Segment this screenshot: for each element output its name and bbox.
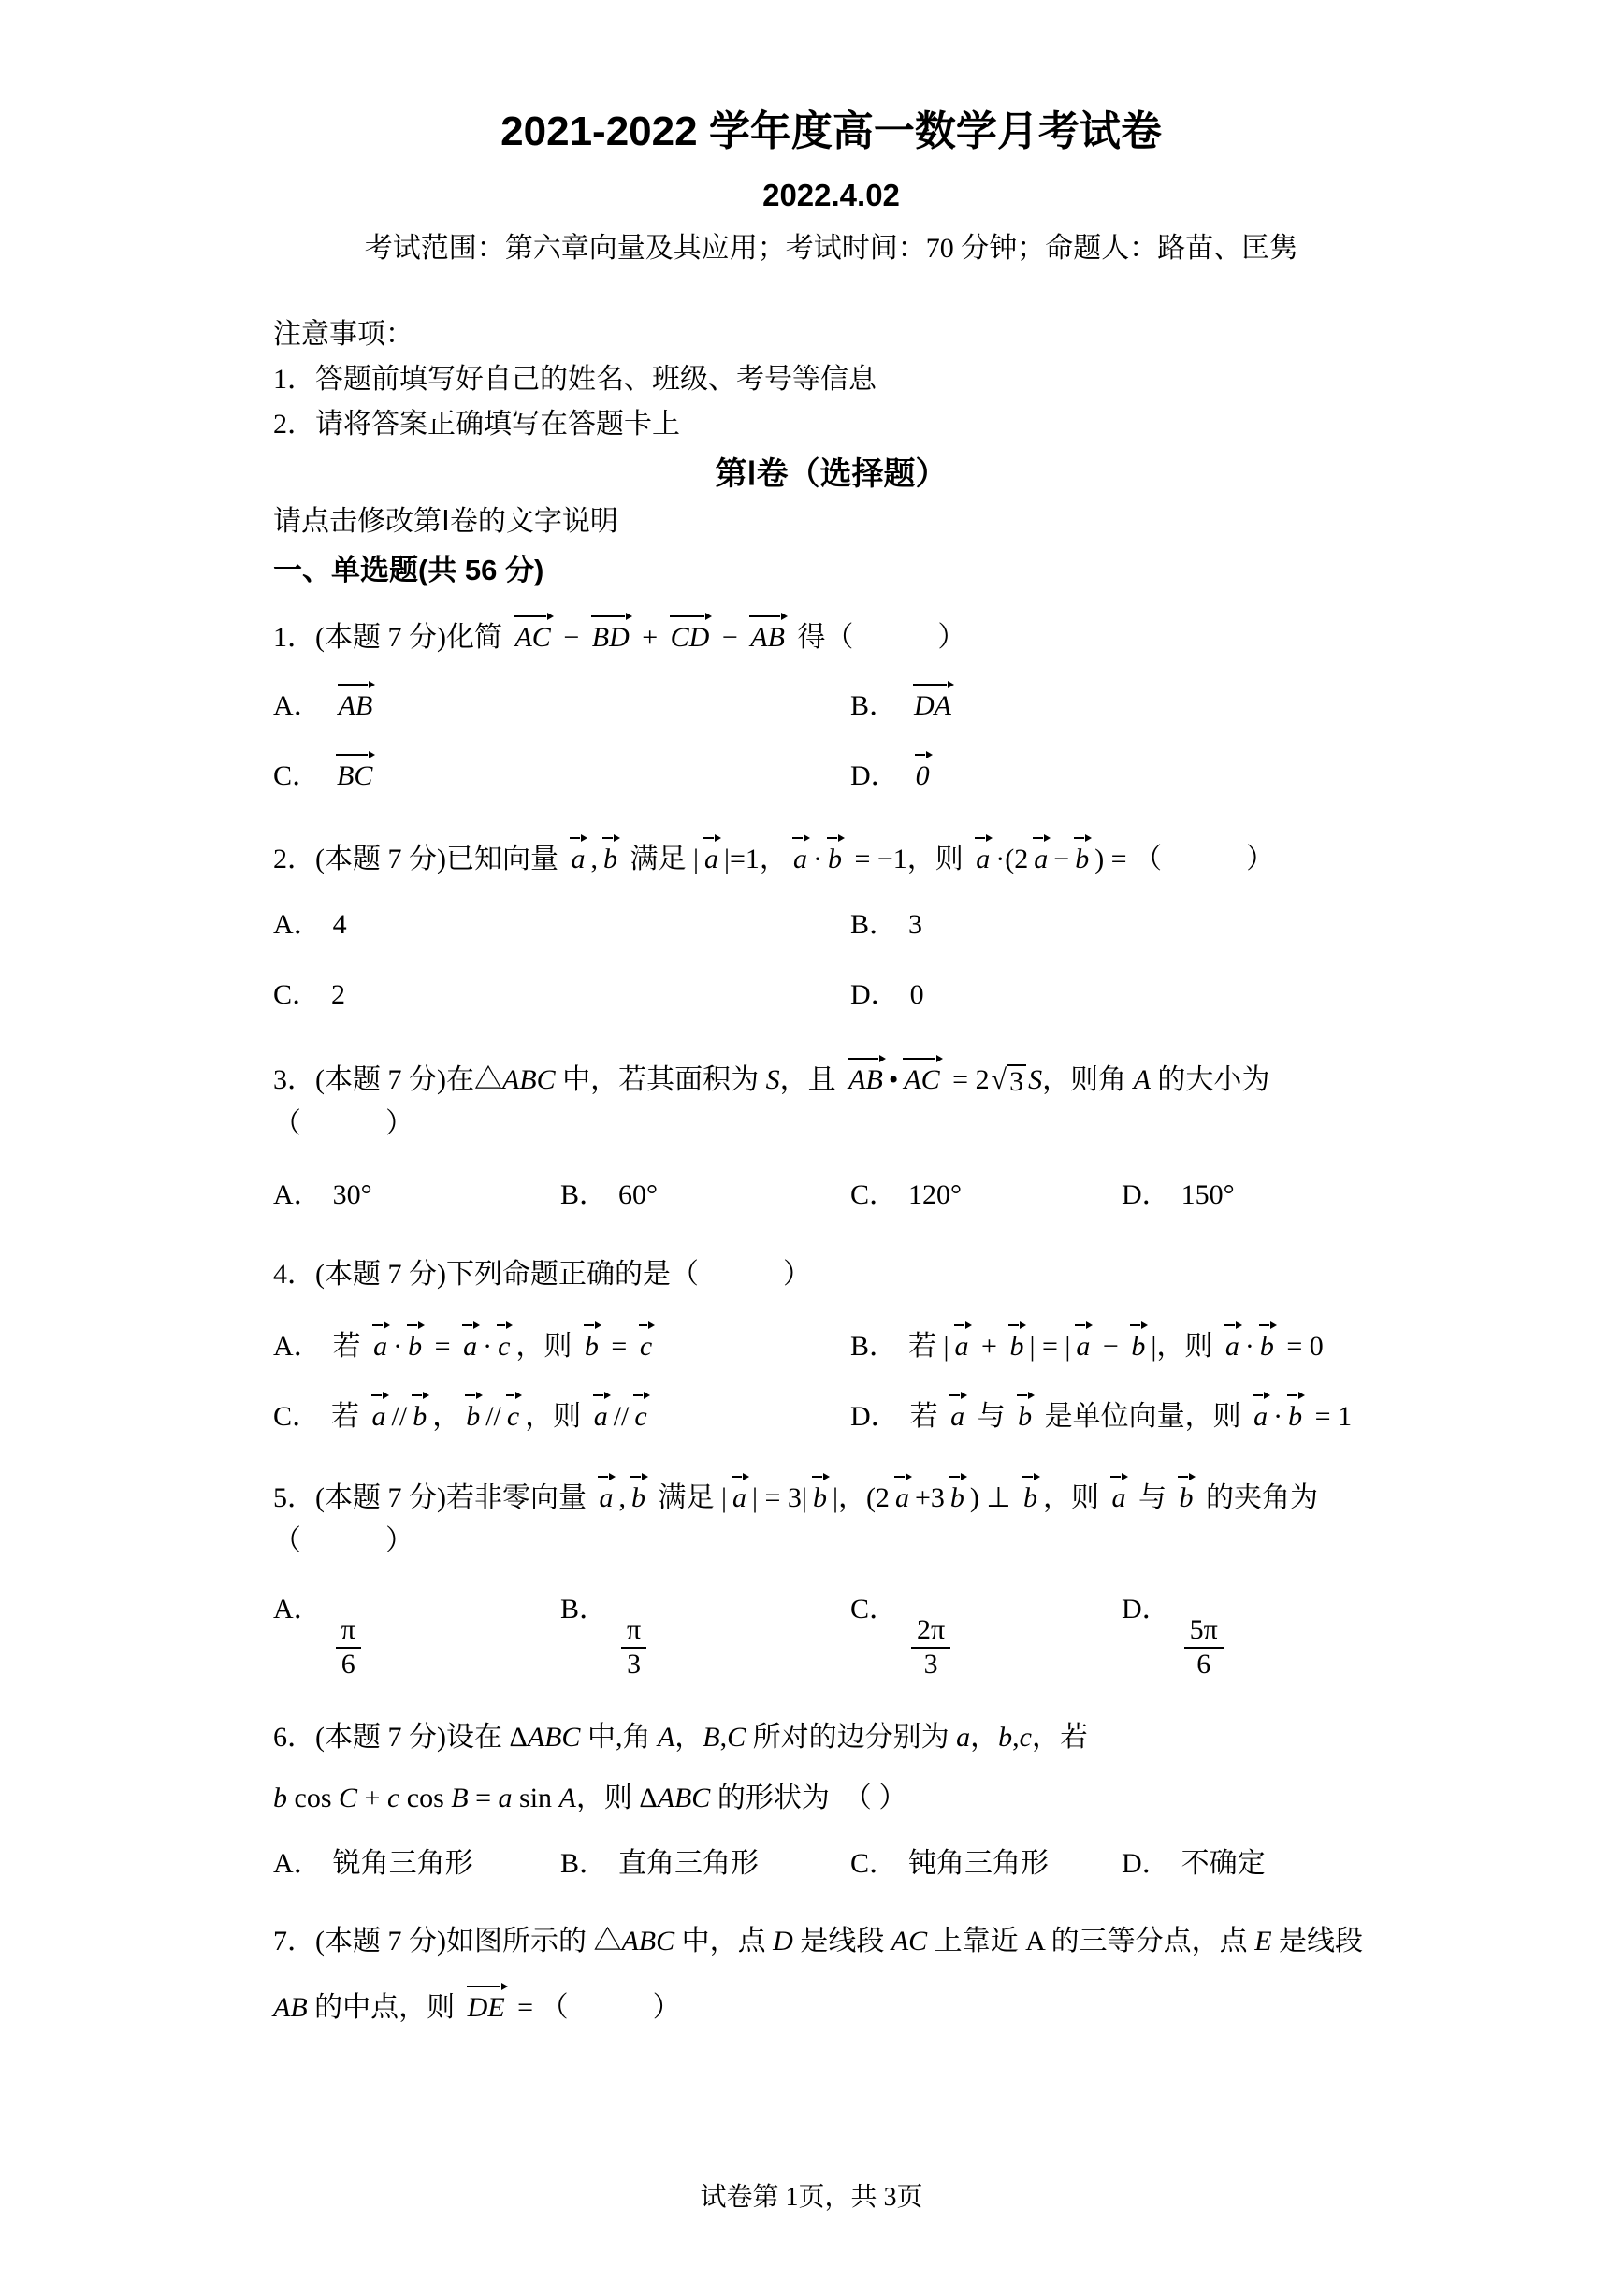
vector-arrow: b: [1022, 1481, 1039, 1515]
fraction: 2π3: [911, 1614, 950, 1681]
option-body: 2π3: [908, 1588, 953, 1682]
vector-arrow: b: [811, 1481, 829, 1515]
option-body: π6: [333, 1588, 364, 1682]
question-3-options: A． 30° B． 60° C． 120° D． 150°: [273, 1174, 1389, 1216]
question-5-options: A． π6 B． π3 C． 2π3 D． 5π6: [273, 1588, 1389, 1682]
option-body: 直角三角形: [618, 1842, 759, 1884]
math-var: ABC: [621, 1926, 674, 1957]
question-4-option-b: B． 若 |a + b| = |a − b|，则 a·b = 0: [850, 1325, 1389, 1367]
math-var: B: [451, 1783, 468, 1813]
vector-arrow: a: [370, 1400, 388, 1434]
section1-note: 请点击修改第Ⅰ卷的文字说明: [273, 502, 1389, 542]
option-body: 120°: [908, 1174, 962, 1216]
option-label: D．: [850, 755, 899, 797]
page-footer: 试卷第 1页，共 3页: [0, 2176, 1623, 2214]
fraction: 5π6: [1184, 1614, 1224, 1681]
vector-arrow: b: [464, 1400, 482, 1434]
option-body: DA: [908, 685, 957, 727]
option-label: A．: [273, 1174, 322, 1216]
option-label: B．: [560, 1842, 607, 1884]
vector-arrow: c: [632, 1400, 648, 1434]
option-body: 若 a·b = a·c，则 b = c: [333, 1325, 659, 1367]
question-5-stem: 5．(本题 7 分)若非零向量 a,b 满足 |a| = 3|b|，(2a+3b…: [273, 1477, 1389, 1564]
option-body: 若 |a + b| = |a − b|，则 a·b = 0: [908, 1325, 1324, 1367]
question-2-option-a: A． 4: [273, 903, 850, 946]
question-1-option-a: A． AB: [273, 685, 850, 727]
vector-arrow: a: [1109, 1481, 1127, 1515]
math-var: b: [998, 1722, 1012, 1753]
square-root: √3: [992, 1064, 1026, 1097]
vector-arrow: AB: [847, 1063, 885, 1097]
option-body: 4: [333, 903, 347, 946]
vector-arrow: a: [703, 843, 720, 876]
vector-arrow: AB: [337, 689, 375, 723]
vector-arrow: b: [406, 1330, 424, 1364]
option-body: 0: [910, 755, 935, 797]
math-var: AC: [891, 1926, 927, 1957]
question-2-option-c: C． 2: [273, 974, 850, 1016]
math-var: C: [339, 1783, 357, 1813]
section1-title: 第Ⅰ卷（选择题）: [273, 455, 1389, 496]
option-body: 30°: [333, 1174, 372, 1216]
math-var: b: [273, 1783, 287, 1813]
question-2-option-b: B． 3: [850, 903, 1389, 946]
option-label: C．: [273, 755, 320, 797]
question-4-option-a: A． 若 a·b = a·c，则 b = c: [273, 1325, 850, 1367]
vector-arrow: a: [597, 1481, 615, 1515]
vector-arrow: b: [583, 1330, 601, 1364]
exam-page: 2021-2022 学年度高一数学月考试卷 2022.4.02 考试范围：第六章…: [0, 0, 1623, 2296]
question-4: 4．(本题 7 分)下列命题正确的是（ ） A． 若 a·b = a·c，则 b…: [273, 1253, 1389, 1437]
part1-heading: 一、单选题(共 56 分): [273, 551, 1389, 590]
vector-arrow: AB: [748, 621, 787, 655]
question-6-option-d: D． 不确定: [1122, 1842, 1389, 1884]
math-var: c: [387, 1783, 399, 1813]
option-body: 钝角三角形: [908, 1842, 1049, 1884]
vector-arrow: 0: [914, 759, 932, 793]
math-var: S: [1028, 1064, 1042, 1095]
vector-arrow: b: [949, 1481, 966, 1515]
option-label: A．: [273, 903, 322, 946]
option-body: AB: [333, 685, 379, 727]
vector-arrow: b: [1073, 843, 1091, 876]
vector-arrow: a: [461, 1330, 479, 1364]
option-label: C．: [850, 1174, 897, 1216]
vector-arrow: a: [592, 1400, 610, 1434]
vector-arrow: a: [371, 1330, 389, 1364]
question-4-option-d: D． 若 a 与 b 是单位向量，则 a·b = 1: [850, 1395, 1389, 1437]
option-body: 5π6: [1181, 1588, 1226, 1682]
option-body: 60°: [618, 1174, 658, 1216]
option-label: D．: [850, 974, 899, 1016]
vector-arrow: AC: [902, 1063, 941, 1097]
vector-arrow: a: [569, 843, 587, 876]
question-5-option-c: C． 2π3: [850, 1588, 1122, 1682]
option-body: 0: [910, 974, 924, 1016]
question-6-stem-line1: 6．(本题 7 分)设在 ΔABC 中,角 A，B,C 所对的边分别为 a，b,…: [273, 1716, 1389, 1760]
vector-arrow: a: [1074, 1330, 1092, 1364]
vector-arrow: a: [953, 1330, 971, 1364]
vector-arrow: c: [638, 1330, 654, 1364]
option-label: C．: [850, 1588, 897, 1630]
option-label: C．: [273, 1395, 320, 1437]
question-4-option-c: C． 若 a//b，b//c，则 a//c: [273, 1395, 850, 1437]
option-label: B．: [560, 1174, 607, 1216]
vector-arrow: AC: [513, 621, 552, 655]
option-label: D．: [1122, 1588, 1170, 1630]
fraction: π3: [621, 1614, 646, 1681]
math-var: ABC: [658, 1783, 711, 1813]
question-5-option-b: B． π3: [560, 1588, 850, 1682]
option-label: A．: [273, 1588, 322, 1630]
vector-arrow: b: [1129, 1330, 1147, 1364]
vector-arrow: b: [1007, 1330, 1025, 1364]
vector-arrow: c: [496, 1330, 512, 1364]
question-3-option-d: D． 150°: [1122, 1174, 1389, 1216]
option-label: D．: [850, 1395, 899, 1437]
math-var: A: [1134, 1064, 1151, 1095]
question-6-options: A． 锐角三角形 B． 直角三角形 C． 钝角三角形 D． 不确定: [273, 1842, 1389, 1884]
option-label: B．: [850, 903, 897, 946]
math-var: a: [956, 1722, 970, 1753]
vector-arrow: b: [826, 843, 844, 876]
option-label: A．: [273, 685, 322, 727]
option-body: 不确定: [1181, 1842, 1266, 1884]
vector-arrow: a: [791, 843, 809, 876]
vector-arrow: b: [630, 1481, 647, 1515]
option-body: 若 a 与 b 是单位向量，则 a·b = 1: [910, 1395, 1352, 1437]
option-label: C．: [273, 974, 320, 1016]
question-1-option-b: B． DA: [850, 685, 1389, 727]
option-body: 150°: [1181, 1174, 1235, 1216]
question-2-stem: 2．(本题 7 分)已知向量 a,b 满足 |a|=1，a·b = −1，则 a…: [273, 838, 1389, 882]
exam-date: 2022.4.02: [273, 178, 1389, 213]
notice-item-2: 2．请将答案正确填写在答题卡上: [273, 405, 1389, 444]
math-var: S: [766, 1064, 780, 1095]
vector-arrow: a: [731, 1481, 748, 1515]
option-label: D．: [1122, 1842, 1170, 1884]
option-body: 2: [331, 974, 345, 1016]
question-1: 1．(本题 7 分)化简 AC − BD + CD − AB 得（ ） A． A…: [273, 616, 1389, 797]
question-5-option-d: D． 5π6: [1122, 1588, 1389, 1682]
question-7-stem-line2: AB 的中点，则 DE = （ ）: [273, 1986, 1389, 2030]
question-5-option-a: A． π6: [273, 1588, 560, 1682]
vector-arrow: a: [1032, 843, 1050, 876]
fraction: π6: [336, 1614, 361, 1681]
page-title: 2021-2022 学年度高一数学月考试卷: [273, 108, 1389, 157]
question-6-stem-line2: b cos C + c cos B = a sin A，则 ΔABC 的形状为 …: [273, 1777, 1389, 1821]
question-4-options: A． 若 a·b = a·c，则 b = c B． 若 |a + b| = |a…: [273, 1325, 1389, 1437]
vector-arrow: b: [1258, 1330, 1276, 1364]
option-body: π3: [618, 1588, 649, 1682]
question-6-option-a: A． 锐角三角形: [273, 1842, 560, 1884]
question-2: 2．(本题 7 分)已知向量 a,b 满足 |a|=1，a·b = −1，则 a…: [273, 838, 1389, 1017]
question-2-options: A． 4 B． 3 C． 2 D． 0: [273, 903, 1389, 1016]
question-1-options: A． AB B． DA C． BC D． 0: [273, 685, 1389, 797]
question-1-option-d: D． 0: [850, 755, 1389, 797]
question-4-stem: 4．(本题 7 分)下列命题正确的是（ ）: [273, 1253, 1389, 1297]
option-label: B．: [560, 1588, 607, 1630]
math-var: A: [658, 1722, 674, 1753]
vector-arrow: a: [974, 843, 992, 876]
question-6-option-b: B． 直角三角形: [560, 1842, 850, 1884]
option-label: A．: [273, 1325, 322, 1367]
vector-arrow: b: [1286, 1400, 1304, 1434]
question-3-option-b: B． 60°: [560, 1174, 850, 1216]
vector-arrow: a: [1252, 1400, 1269, 1434]
question-1-option-c: C． BC: [273, 755, 850, 797]
math-var: C: [727, 1722, 746, 1753]
question-3-stem: 3．(本题 7 分)在△ABC 中，若其面积为 S，且 AB•AC = 2√3S…: [273, 1059, 1389, 1146]
vector-arrow: BC: [335, 759, 374, 793]
question-3-option-c: C． 120°: [850, 1174, 1122, 1216]
vector-arrow: a: [1224, 1330, 1241, 1364]
option-body: 3: [908, 903, 922, 946]
vector-arrow: a: [893, 1481, 911, 1515]
math-var: ABC: [502, 1064, 556, 1095]
question-3-option-a: A． 30°: [273, 1174, 560, 1216]
option-label: D．: [1122, 1174, 1170, 1216]
vector-arrow: CD: [669, 621, 712, 655]
question-7: 7．(本题 7 分)如图所示的 △ABC 中，点 D 是线段 AC 上靠近 A …: [273, 1920, 1389, 2029]
vector-arrow: DA: [912, 689, 953, 723]
option-body: 锐角三角形: [333, 1842, 473, 1884]
exam-info-line: 考试范围：第六章向量及其应用；考试时间：70 分钟；命题人：路苗、匡隽: [273, 230, 1389, 267]
math-var: D: [773, 1926, 793, 1957]
question-7-stem-line1: 7．(本题 7 分)如图所示的 △ABC 中，点 D 是线段 AC 上靠近 A …: [273, 1920, 1389, 1964]
question-1-stem: 1．(本题 7 分)化简 AC − BD + CD − AB 得（ ）: [273, 616, 1389, 660]
option-body: BC: [331, 755, 378, 797]
question-6: 6．(本题 7 分)设在 ΔABC 中,角 A，B,C 所对的边分别为 a，b,…: [273, 1716, 1389, 1884]
vector-arrow: BD: [590, 621, 631, 655]
notice-heading: 注意事项：: [273, 315, 1389, 354]
option-label: C．: [850, 1842, 897, 1884]
vector-arrow: DE: [466, 1991, 507, 2025]
math-var: a: [499, 1783, 513, 1813]
question-6-option-c: C． 钝角三角形: [850, 1842, 1122, 1884]
vector-arrow: b: [1016, 1400, 1034, 1434]
math-var: B: [703, 1722, 719, 1753]
option-body: 若 a//b，b//c，则 a//c: [331, 1395, 653, 1437]
question-3: 3．(本题 7 分)在△ABC 中，若其面积为 S，且 AB•AC = 2√3S…: [273, 1059, 1389, 1216]
option-label: B．: [850, 1325, 897, 1367]
question-2-option-d: D． 0: [850, 974, 1389, 1016]
vector-arrow: b: [411, 1400, 428, 1434]
option-label: A．: [273, 1842, 322, 1884]
vector-arrow: c: [505, 1400, 521, 1434]
math-var: ABC: [528, 1722, 581, 1753]
math-var: E: [1254, 1926, 1271, 1957]
vector-arrow: b: [601, 843, 619, 876]
option-label: B．: [850, 685, 897, 727]
question-5: 5．(本题 7 分)若非零向量 a,b 满足 |a| = 3|b|，(2a+3b…: [273, 1477, 1389, 1682]
vector-arrow: a: [949, 1400, 966, 1434]
vector-arrow: b: [1177, 1481, 1195, 1515]
math-var: A: [559, 1783, 576, 1813]
math-var: AB: [273, 1992, 308, 2023]
math-var: c: [1020, 1722, 1032, 1753]
notice-item-1: 1．答题前填写好自己的姓名、班级、考号等信息: [273, 360, 1389, 399]
